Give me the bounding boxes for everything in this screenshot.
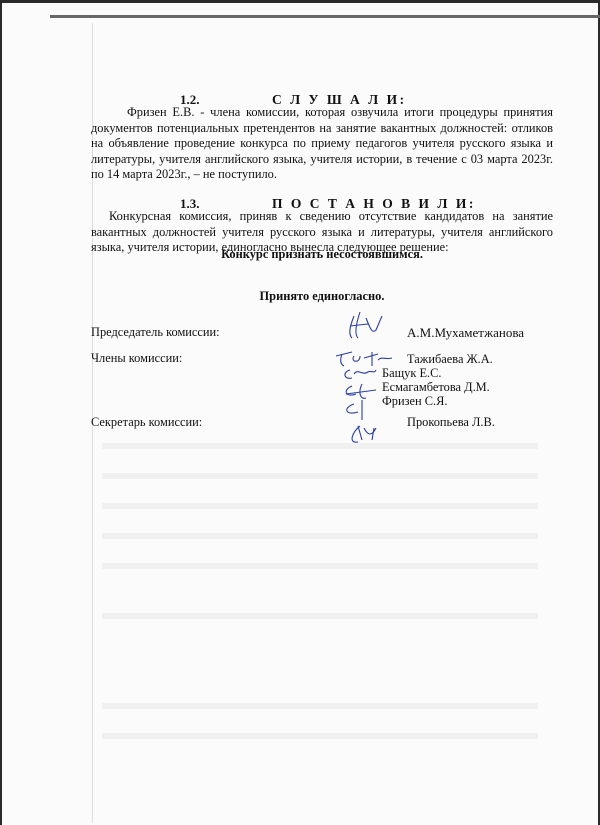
chair-label: Председатель комиссии: [91, 325, 220, 341]
secretary-label: Секретарь комиссии: [91, 415, 202, 431]
page-edge [50, 15, 600, 18]
members-label: Члены комиссии: [91, 351, 182, 367]
bleed-through [102, 443, 538, 449]
secretary-name: Прокопьева Л.В. [407, 415, 495, 431]
bleed-through [102, 563, 538, 569]
signature-icon [332, 308, 402, 448]
bleed-through [102, 613, 538, 619]
section-paragraph: Фризен Е.В. - члена комиссии, которая оз… [91, 105, 553, 183]
bleed-through [102, 703, 538, 709]
result: Принято единогласно. [91, 289, 553, 305]
decision: Конкурс признать несостоявшимся. [91, 247, 553, 263]
bleed-through [102, 503, 538, 509]
document-page: 1.2. С Л У Ш А Л И: Фризен Е.В. - члена … [2, 3, 598, 825]
bleed-through [102, 733, 538, 739]
chair-name: А.М.Мухаметжанова [407, 325, 524, 341]
bleed-through [102, 473, 538, 479]
bleed-through [102, 533, 538, 539]
